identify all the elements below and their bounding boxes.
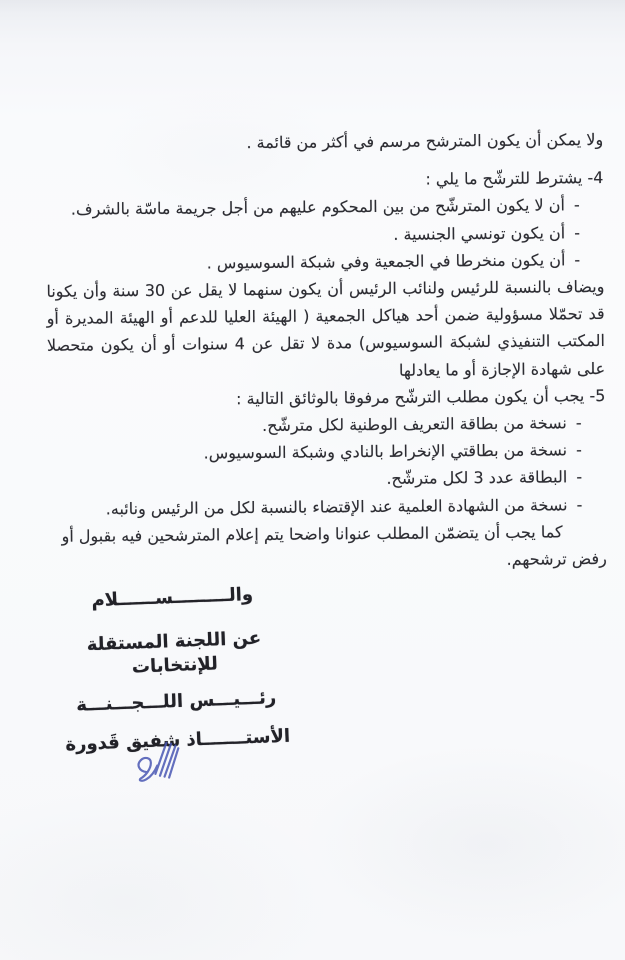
bullet-dash: -: [576, 464, 582, 491]
bullet-dash: -: [574, 219, 580, 246]
section4-paragraph: ويضاف بالنسبة للرئيس ولنائب الرئيس أن يك…: [46, 273, 605, 387]
bullet-dash: -: [574, 246, 580, 273]
scanned-document-page: ولا يمكن أن يكون المترشح مرسم في أكثر من…: [0, 0, 625, 960]
document-text: ولا يمكن أن يكون المترشح مرسم في أكثر من…: [45, 126, 607, 577]
bullet-dash: -: [576, 491, 582, 518]
committee-line: عن اللجنة المستقلة للإنتخابات: [45, 625, 305, 683]
closing-paragraph: كما يجب أن يتضمّن المطلب عنوانا واضحا يت…: [48, 518, 606, 577]
intro-line: ولا يمكن أن يكون المترشح مرسم في أكثر من…: [45, 126, 603, 158]
salutation-line: والـــــــــســــــلام: [43, 581, 302, 615]
chairman-title-line: رئـــيـــس اللـــجـــنـــة: [47, 685, 306, 719]
handwritten-signature-icon: [128, 730, 192, 794]
list-item-text: نسخة من الشهادة العلمية عند الإقتضاء بال…: [48, 491, 567, 523]
bullet-dash: -: [574, 192, 580, 219]
bullet-dash: -: [576, 436, 582, 463]
bullet-dash: -: [576, 409, 582, 436]
